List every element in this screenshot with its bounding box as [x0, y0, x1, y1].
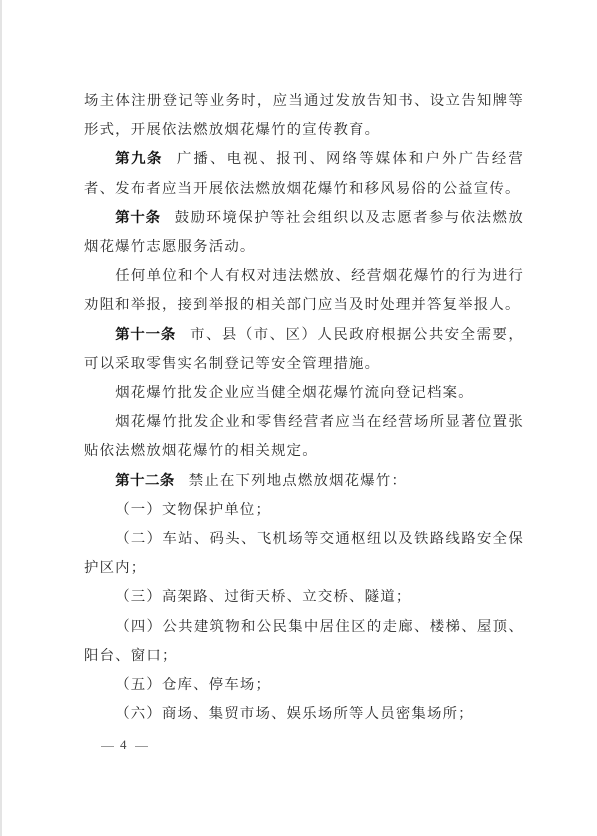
article-11-clause-2: 烟花爆竹批发企业应当健全烟花爆竹流向登记档案。	[84, 379, 524, 408]
list-item-text: （一）文物保护单位；	[115, 502, 271, 518]
article-number: 第十一条	[115, 327, 176, 343]
article-10-clause-2: 任何单位和个人有权对违法燃放、经营烟花爆竹的行为进行劝阻和举报，接到举报的相关部…	[84, 262, 524, 320]
article-number: 第十二条	[115, 473, 175, 489]
article-12-item-5: （五）仓库、停车场；	[84, 671, 524, 700]
list-item-text: （二）车站、码头、飞机场等交通枢纽以及铁路线路安全保护区内；	[84, 531, 524, 576]
list-item-text: （四）公共建筑物和公民集中居住区的走廊、楼梯、屋顶、阳台、窗口；	[84, 619, 524, 664]
article-12-item-4: （四）公共建筑物和公民集中居住区的走廊、楼梯、屋顶、阳台、窗口；	[84, 613, 524, 671]
page-number-value: 4	[120, 737, 129, 752]
article-number: 第九条	[115, 151, 163, 167]
paragraph-text: 任何单位和个人有权对违法燃放、经营烟花爆竹的行为进行劝阻和举报，接到举报的相关部…	[84, 268, 524, 313]
paragraph-text: 烟花爆竹批发企业和零售经营者应当在经营场所显著位置张贴依法燃放烟花爆竹的相关规定…	[84, 414, 524, 459]
article-12-item-6: （六）商场、集贸市场、娱乐场所等人员密集场所；	[84, 700, 524, 729]
paragraph-text: 烟花爆竹批发企业应当健全烟花爆竹流向登记档案。	[115, 385, 474, 401]
paragraph-continuation: 场主体注册登记等业务时，应当通过发放告知书、设立告知牌等形式，开展依法燃放烟花爆…	[84, 87, 524, 145]
article-12-item-3: （三）高架路、过街天桥、立交桥、隧道；	[84, 583, 524, 612]
page-number: 4	[95, 737, 154, 753]
article-12-item-1: （一）文物保护单位；	[84, 496, 524, 525]
paragraph-text: 场主体注册登记等业务时，应当通过发放告知书、设立告知牌等形式，开展依法燃放烟花爆…	[84, 93, 524, 138]
document-body: 场主体注册登记等业务时，应当通过发放告知书、设立告知牌等形式，开展依法燃放烟花爆…	[84, 87, 524, 729]
paragraph-text: 禁止在下列地点燃放烟花爆竹：	[189, 473, 407, 489]
article-12: 第十二条禁止在下列地点燃放烟花爆竹：	[84, 467, 524, 496]
list-item-text: （六）商场、集贸市场、娱乐场所等人员密集场所；	[115, 706, 474, 722]
article-9: 第九条广播、电视、报刊、网络等媒体和户外广告经营者、发布者应当开展依法燃放烟花爆…	[84, 145, 524, 203]
list-item-text: （五）仓库、停车场；	[115, 677, 271, 693]
article-11: 第十一条市、县（市、区）人民政府根据公共安全需要，可以采取零售实名制登记等安全管…	[84, 321, 524, 379]
article-11-clause-3: 烟花爆竹批发企业和零售经营者应当在经营场所显著位置张贴依法燃放烟花爆竹的相关规定…	[84, 408, 524, 466]
document-page: 场主体注册登记等业务时，应当通过发放告知书、设立告知牌等形式，开展依法燃放烟花爆…	[0, 0, 597, 836]
list-item-text: （三）高架路、过街天桥、立交桥、隧道；	[115, 589, 411, 605]
article-12-item-2: （二）车站、码头、飞机场等交通枢纽以及铁路线路安全保护区内；	[84, 525, 524, 583]
article-number: 第十条	[115, 210, 161, 226]
article-10: 第十条鼓励环境保护等社会组织以及志愿者参与依法燃放烟花爆竹志愿服务活动。	[84, 204, 524, 262]
dash-right	[135, 746, 148, 747]
dash-left	[101, 746, 114, 747]
